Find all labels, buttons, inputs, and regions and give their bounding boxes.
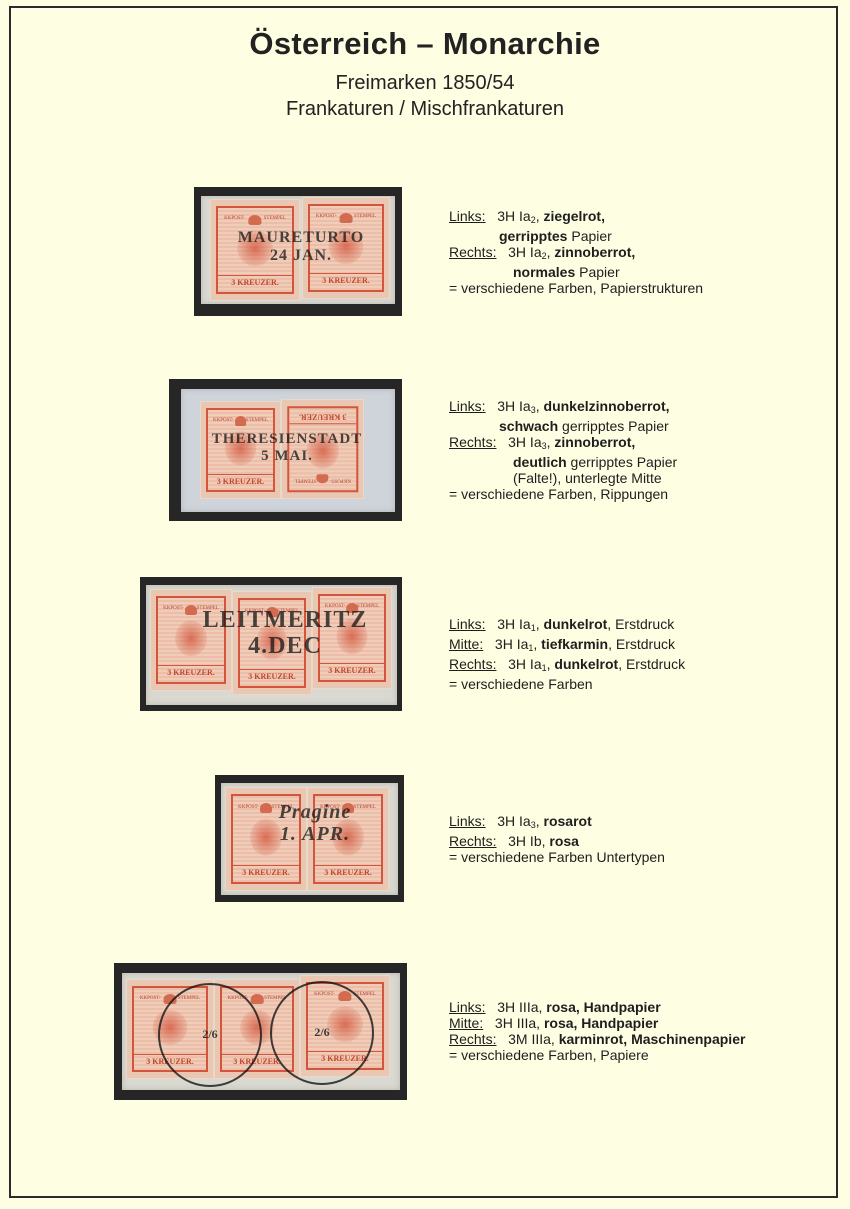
- stamp-value-label: 3 KREUZER.: [233, 865, 299, 879]
- description-block-1: Links: 3H Ia2, ziegelrot,gerripptes Papi…: [449, 208, 703, 296]
- position-label: Mitte:: [449, 636, 483, 652]
- description-line: Mitte: 3H Ia1, tiefkarmin, Erstdruck: [449, 636, 685, 656]
- position-label: Links:: [449, 999, 486, 1015]
- position-label: Links:: [449, 813, 486, 829]
- description-line: Mitte: 3H IIIa, rosa, Handpapier: [449, 1015, 745, 1031]
- page-subtitle-topic: Frankaturen / Mischfrankaturen: [0, 98, 850, 121]
- description-line: = verschiedene Farben: [449, 676, 685, 692]
- description-line: normales Papier: [449, 264, 703, 280]
- position-label: Links:: [449, 398, 486, 414]
- position-label: Mitte:: [449, 1015, 483, 1031]
- position-label: Rechts:: [449, 244, 496, 260]
- stamp-top-text: KKPOST-STEMPEL: [316, 214, 376, 219]
- description-line: (Falte!), unterlegte Mitte: [449, 470, 677, 486]
- stamp-value-label: 3 KREUZER.: [289, 411, 356, 424]
- stamp-mount-1: KKPOST-STEMPEL3 KREUZER. KKPOST-STEMPEL3…: [194, 187, 402, 316]
- description-line: Rechts: 3H Ib, rosa: [449, 833, 665, 849]
- stamp-value-label: 3 KREUZER.: [208, 474, 274, 487]
- position-label: Rechts:: [449, 656, 496, 672]
- stamp-mount-2: KKPOST-STEMPEL3 KREUZER. KKPOST-STEMPEL3…: [169, 379, 402, 521]
- description-line: schwach gerripptes Papier: [449, 418, 677, 434]
- description-line: Links: 3H Ia3, dunkelzinnoberrot,: [449, 398, 677, 418]
- circular-postmark-left: 2/6: [158, 983, 262, 1087]
- position-label: Links:: [449, 208, 486, 224]
- postmark: THERESIENSTADT5 MAI.: [177, 431, 397, 464]
- position-label: Rechts:: [449, 1031, 496, 1047]
- stamp-top-text: KKPOST-STEMPEL: [294, 477, 351, 482]
- description-line: = verschiedene Farben, Rippungen: [449, 486, 677, 502]
- position-label: Links:: [449, 616, 486, 632]
- description-line: Rechts: 3H Ia1, dunkelrot, Erstdruck: [449, 656, 685, 676]
- description-line: = verschiedene Farben, Papierstrukturen: [449, 280, 703, 296]
- stamp-value-label: 3 KREUZER.: [315, 865, 381, 879]
- page-title: Österreich – Monarchie: [0, 26, 850, 62]
- description-line: deutlich gerripptes Papier: [449, 454, 677, 470]
- stamp-value-label: 3 KREUZER.: [320, 663, 385, 677]
- description-line: Rechts: 3H Ia3, zinnoberrot,: [449, 434, 677, 454]
- description-line: Links: 3H Ia3, rosarot: [449, 813, 665, 833]
- stamp-top-text: KKPOST-STEMPEL: [224, 216, 286, 221]
- postmark: MAURETURTO24 JAN.: [216, 229, 386, 264]
- description-line: Rechts: 3H Ia2, zinnoberrot,: [449, 244, 703, 264]
- position-label: Rechts:: [449, 833, 496, 849]
- stamp-mount-4: KKPOST-STEMPEL3 KREUZER. KKPOST-STEMPEL3…: [215, 775, 404, 902]
- description-line: Links: 3H IIIa, rosa, Handpapier: [449, 999, 745, 1015]
- description-line: = verschiedene Farben Untertypen: [449, 849, 665, 865]
- position-label: Rechts:: [449, 434, 496, 450]
- description-line: Links: 3H Ia2, ziegelrot,: [449, 208, 703, 228]
- stamp-value-label: 3 KREUZER.: [310, 273, 382, 287]
- stamp-value-label: 3 KREUZER.: [158, 665, 224, 679]
- description-line: Rechts: 3M IIIa, karminrot, Maschinenpap…: [449, 1031, 745, 1047]
- circular-postmark-right: 2/6: [270, 981, 374, 1085]
- description-block-2: Links: 3H Ia3, dunkelzinnoberrot,schwach…: [449, 398, 677, 502]
- stamp-mount-3: KKPOST-STEMPEL3 KREUZER. KKPOST-STEMPEL3…: [140, 577, 402, 711]
- description-block-3: Links: 3H Ia1, dunkelrot, ErstdruckMitte…: [449, 616, 685, 692]
- description-block-4: Links: 3H Ia3, rosarotRechts: 3H Ib, ros…: [449, 813, 665, 865]
- description-line: = verschiedene Farben, Papiere: [449, 1047, 745, 1063]
- stamp-value-label: 3 KREUZER.: [240, 669, 305, 683]
- page-subtitle-issue: Freimarken 1850/54: [0, 72, 850, 95]
- description-line: Links: 3H Ia1, dunkelrot, Erstdruck: [449, 616, 685, 636]
- description-line: gerripptes Papier: [449, 228, 703, 244]
- stamp-value-label: 3 KREUZER.: [218, 275, 291, 289]
- description-block-5: Links: 3H IIIa, rosa, HandpapierMitte: 3…: [449, 999, 745, 1063]
- postmark: LEITMERITZ4.DEC: [200, 607, 370, 660]
- stamp-mount-5: KKPOST-STEMPEL3 KREUZER. KKPOST-STEMPEL3…: [114, 963, 407, 1100]
- postmark: Pragine1. APR.: [245, 801, 385, 845]
- stamp-top-text: KKPOST-STEMPEL: [213, 418, 268, 423]
